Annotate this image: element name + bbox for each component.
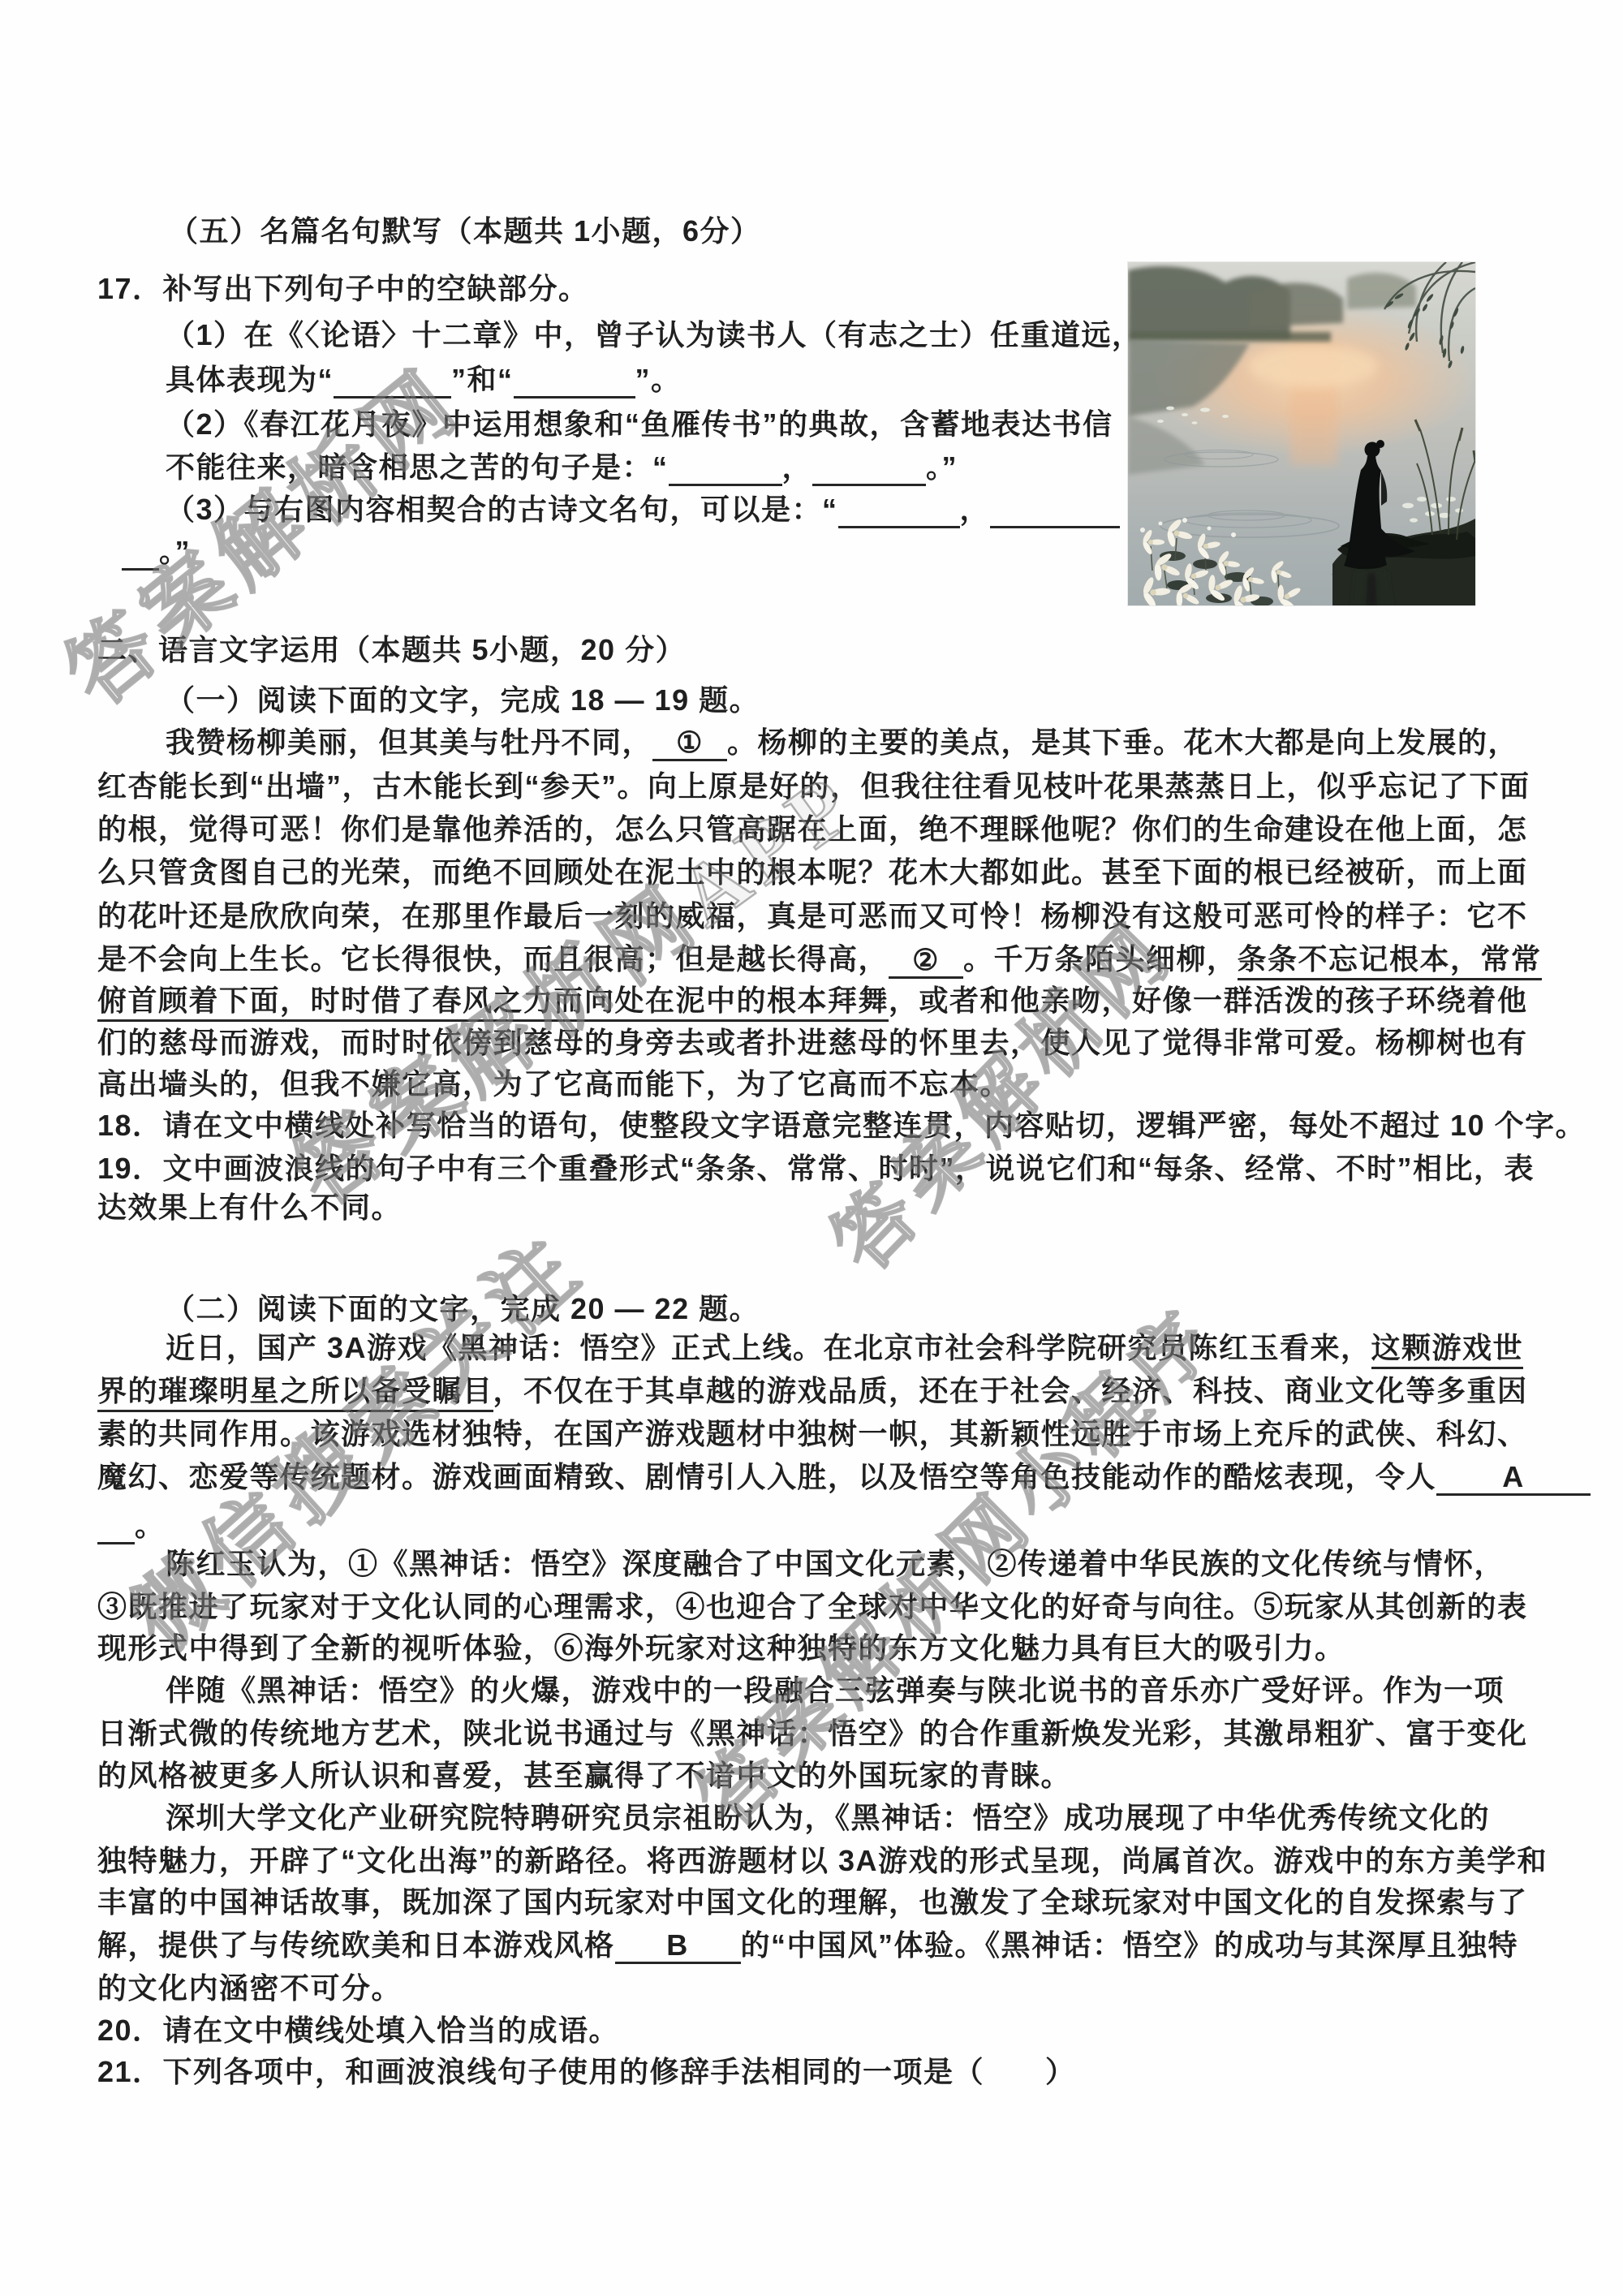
text-run: 的文化内涵密不可分。	[97, 1971, 402, 2005]
text-line: （2）《春江花月夜》中运用想象和“鱼雁传书”的典故，含蓄地表达书信	[166, 406, 1113, 443]
text-line: 18．请在文中横线处补写恰当的语句，使整段文字语意完整连贯，内容贴切，逻辑严密，…	[97, 1107, 1586, 1144]
text-run: 日渐式微的传统地方艺术，陕北说书通过与《黑神话：悟空》的合作重新焕发光彩，其激昂…	[97, 1717, 1528, 1750]
text-line: 不能往来，暗含相思之苦的句子是：“，。”	[166, 449, 958, 486]
text-line: 是不会向上生长。它长得很快，而且很高；但是越长得高，②。千万条陌头细柳，条条不忘…	[97, 941, 1542, 979]
text-line: 们的慈母而游戏，而时时依傍到慈母的身旁去或者扑进慈母的怀里去，使人见了觉得非常可…	[97, 1024, 1528, 1062]
underlined-text: 条条不忘记根本，常常	[1238, 942, 1542, 980]
text-run: 21．下列各项中，和画波浪线句子使用的修辞手法相同的一项是（ ）	[97, 2055, 1076, 2088]
silhouette-reflection	[1352, 570, 1393, 605]
text-line: 高出墙头的，但我不嫌它高，为了它高而能下，为了它高而不忘本。	[97, 1066, 1010, 1103]
text-line: 具体表现为“”和“”。	[166, 361, 682, 398]
lake-sunset-illustration	[1128, 262, 1475, 605]
text-run: 18．请在文中横线处补写恰当的语句，使整段文字语意完整连贯，内容贴切，逻辑严密，…	[97, 1109, 1586, 1142]
underlined-text: 这颗游戏世	[1371, 1331, 1524, 1369]
exam-paper-page: （五）名篇名句默写（本题共 1小题，6分）17．补写出下列句子中的空缺部分。（1…	[0, 0, 1623, 2296]
text-run: （1）在《〈论语〉十二章》中，曾子认为读书人（有志之士）任重道远，	[166, 318, 1143, 351]
text-line: 。	[97, 1507, 166, 1544]
text-run: 不能往来，暗含相思之苦的句子是：“	[166, 450, 669, 484]
fill-in-blank	[812, 450, 926, 486]
text-run: 的花叶还是欣欣向荣，在那里作最后一刻的威福，真是可恶而又可怜！杨柳没有这般可恶可…	[97, 899, 1528, 933]
text-line: 俯首顾着下面，时时借了春风之力而向处在泥中的根本拜舞，或者和他亲吻，好像一群活泼…	[97, 982, 1528, 1019]
inset-painting-lake-sunset	[1128, 262, 1475, 605]
fill-in-blank: A	[1436, 1459, 1591, 1496]
text-run: 19．文中画波浪线的句子中有三个重叠形式“条条、常常、时时”，说说它们和“每条、…	[97, 1152, 1535, 1185]
text-run: 具体表现为“	[166, 363, 334, 396]
text-run: 20．请在文中横线处填入恰当的成语。	[97, 2014, 619, 2047]
text-line: 17．补写出下列句子中的空缺部分。	[97, 270, 589, 308]
text-line: （五）名篇名句默写（本题共 1小题，6分）	[169, 213, 761, 250]
text-run: 深圳大学文化产业研究院特聘研究员宗祖盼认为，《黑神话：悟空》成功展现了中华优秀传…	[166, 1801, 1490, 1834]
text-line: （二）阅读下面的文字，完成 20 — 22 题。	[166, 1290, 760, 1328]
text-run: 陈红玉认为，①《黑神话：悟空》深度融合了中国文化元素，②传递着中华民族的文化传统…	[166, 1547, 1505, 1580]
text-line: （3）与右图内容相契合的古诗文名句，可以是：“，	[166, 491, 1120, 528]
text-line: 界的璀璨明星之所以备受瞩目，不仅在于其卓越的游戏品质，还在于社会、经济、科技、商…	[97, 1372, 1528, 1410]
text-line: 么只管贪图自己的光荣，而绝不回顾处在泥土中的根本呢？花木大都如此。甚至下面的根已…	[97, 854, 1528, 891]
fill-in-blank	[669, 450, 782, 486]
fill-in-blank	[334, 362, 451, 398]
text-run: 们的慈母而游戏，而时时依傍到慈母的身旁去或者扑进慈母的怀里去，使人见了觉得非常可…	[97, 1026, 1528, 1059]
text-run: ”和“	[451, 363, 514, 396]
text-run: 我赞杨柳美丽，但其美与牡丹不同，	[166, 726, 652, 759]
fill-in-blank: B	[615, 1928, 741, 1964]
text-run: （二）阅读下面的文字，完成 20 — 22 题。	[166, 1292, 760, 1325]
text-run: （一）阅读下面的文字，完成 18 — 19 题。	[166, 683, 760, 717]
text-run: 的根，觉得可恶！你们是靠他养活的，怎么只管高踞在上面，绝不理睬他呢？你们的生命建…	[97, 812, 1528, 846]
text-run: 。”	[926, 450, 958, 484]
fill-in-blank	[990, 492, 1120, 528]
text-run: 。杨柳的主要的美点，是其下垂。花木大都是向上发展的，	[727, 726, 1518, 759]
fill-in-blank	[838, 492, 960, 528]
text-run: 。”	[159, 535, 191, 568]
text-line: （一）阅读下面的文字，完成 18 — 19 题。	[166, 682, 760, 719]
text-run: ”。	[635, 363, 682, 396]
text-run: 二、语言文字运用（本题共 5小题，20 分）	[97, 633, 686, 666]
fill-in-blank	[122, 534, 159, 571]
text-run: 的风格被更多人所认识和喜爱，甚至赢得了不谙中文的外国玩家的青睐。	[97, 1759, 1071, 1792]
text-line: 21．下列各项中，和画波浪线句子使用的修辞手法相同的一项是（ ）	[97, 2053, 1076, 2091]
text-run: 的“中国风”体验。《黑神话：悟空》的成功与其深厚且独特	[741, 1928, 1519, 1962]
fill-in-blank: ②	[889, 942, 963, 979]
text-run: 解，提供了与传统欧美和日本游戏风格	[97, 1928, 615, 1962]
text-run: 。千万条陌头细柳，	[963, 942, 1238, 976]
fill-in-blank	[514, 362, 635, 398]
text-run: （3）与右图内容相契合的古诗文名句，可以是：“	[166, 493, 838, 526]
text-run: ，	[782, 450, 813, 484]
text-line: ③既推进了玩家对于文化认同的心理需求，④也迎合了全球对中华文化的好奇与向往。⑤玩…	[97, 1588, 1528, 1626]
text-run: 独特魅力，开辟了“文化出海”的新路径。将西游题材以 3A游戏的形式呈现，尚属首次…	[97, 1844, 1548, 1877]
text-line: 的文化内涵密不可分。	[97, 1970, 402, 2007]
text-run: （五）名篇名句默写（本题共 1小题，6分）	[169, 214, 761, 248]
text-line: 达效果上有什么不同。	[97, 1189, 402, 1226]
text-line: 解，提供了与传统欧美和日本游戏风格B的“中国风”体验。《黑神话：悟空》的成功与其…	[97, 1927, 1518, 1964]
text-run: 么只管贪图自己的光荣，而绝不回顾处在泥土中的根本呢？花木大都如此。甚至下面的根已…	[97, 855, 1528, 889]
fill-in-blank: ①	[652, 725, 727, 761]
text-line: 陈红玉认为，①《黑神话：悟空》深度融合了中国文化元素，②传递着中华民族的文化传统…	[166, 1545, 1505, 1583]
text-run: 红杏能长到“出墙”，古木能长到“参天”。向上原是好的，但我往往看见枝叶花果蒸蒸日…	[97, 769, 1530, 803]
text-run: 近日，国产 3A游戏《黑神话：悟空》正式上线。在北京市社会科学院研究员陈红玉看来…	[166, 1331, 1371, 1364]
text-line: 的风格被更多人所认识和喜爱，甚至赢得了不谙中文的外国玩家的青睐。	[97, 1757, 1071, 1794]
text-run: 素的共同作用。该游戏选材独特，在国产游戏题材中独树一帜，其新颖性远胜于市场上充斥…	[97, 1417, 1528, 1450]
text-run: 现形式中得到了全新的视听体验，⑥海外玩家对这种独特的东方文化魅力具有巨大的吸引力…	[97, 1631, 1345, 1665]
text-run: 高出墙头的，但我不嫌它高，为了它高而能下，为了它高而不忘本。	[97, 1067, 1010, 1101]
text-line: 红杏能长到“出墙”，古木能长到“参天”。向上原是好的，但我往往看见枝叶花果蒸蒸日…	[97, 768, 1530, 805]
text-run: 伴随《黑神话：悟空》的火爆，游戏中的一段融合三弦弹奏与陕北说书的音乐亦广受好评。…	[166, 1674, 1505, 1707]
text-line: 。”	[122, 533, 191, 571]
text-run: （2）《春江花月夜》中运用想象和“鱼雁传书”的典故，含蓄地表达书信	[166, 407, 1113, 441]
text-line: （1）在《〈论语〉十二章》中，曾子认为读书人（有志之士）任重道远，	[166, 317, 1143, 354]
text-line: 深圳大学文化产业研究院特聘研究员宗祖盼认为，《黑神话：悟空》成功展现了中华优秀传…	[166, 1799, 1490, 1837]
text-line: 的根，觉得可恶！你们是靠他养活的，怎么只管高踞在上面，绝不理睬他呢？你们的生命建…	[97, 811, 1528, 848]
text-line: 素的共同作用。该游戏选材独特，在国产游戏题材中独树一帜，其新颖性远胜于市场上充斥…	[97, 1415, 1528, 1453]
text-run: 丰富的中国神话故事，既加深了国内玩家对中国文化的理解，也激发了全球玩家对中国文化…	[97, 1885, 1528, 1919]
text-run: 是不会向上生长。它长得很快，而且很高；但是越长得高，	[97, 942, 889, 976]
text-run: ③既推进了玩家对于文化认同的心理需求，④也迎合了全球对中华文化的好奇与向往。⑤玩…	[97, 1590, 1528, 1623]
text-line: 我赞杨柳美丽，但其美与牡丹不同，①。杨柳的主要的美点，是其下垂。花木大都是向上发…	[166, 724, 1518, 761]
text-run: 。	[135, 1509, 166, 1542]
text-line: 伴随《黑神话：悟空》的火爆，游戏中的一段融合三弦弹奏与陕北说书的音乐亦广受好评。…	[166, 1672, 1505, 1709]
text-line: 独特魅力，开辟了“文化出海”的新路径。将西游题材以 3A游戏的形式呈现，尚属首次…	[97, 1842, 1548, 1880]
text-line: 近日，国产 3A游戏《黑神话：悟空》正式上线。在北京市社会科学院研究员陈红玉看来…	[166, 1329, 1523, 1367]
text-line: 二、语言文字运用（本题共 5小题，20 分）	[97, 631, 686, 669]
text-run: 17．补写出下列句子中的空缺部分。	[97, 272, 589, 305]
text-run: 达效果上有什么不同。	[97, 1191, 402, 1224]
text-line: 丰富的中国神话故事，既加深了国内玩家对中国文化的理解，也激发了全球玩家对中国文化…	[97, 1884, 1528, 1921]
text-line: 19．文中画波浪线的句子中有三个重叠形式“条条、常常、时时”，说说它们和“每条、…	[97, 1150, 1535, 1187]
text-line: 日渐式微的传统地方艺术，陕北说书通过与《黑神话：悟空》的合作重新焕发光彩，其激昂…	[97, 1715, 1528, 1752]
underlined-text: 俯首顾着下面，时时借了春风之力而向处在泥中的根本拜舞	[97, 984, 889, 1022]
underlined-text: 界的璀璨明星之所以备受瞩目	[97, 1374, 493, 1412]
fill-in-blank	[97, 1508, 135, 1544]
text-run: ，	[960, 493, 991, 526]
text-run: ，不仅在于其卓越的游戏品质，还在于社会、经济、科技、商业文化等多重因	[493, 1374, 1528, 1407]
text-line: 现形式中得到了全新的视听体验，⑥海外玩家对这种独特的东方文化魅力具有巨大的吸引力…	[97, 1630, 1345, 1667]
text-line: 的花叶还是欣欣向荣，在那里作最后一刻的威福，真是可恶而又可怜！杨柳没有这般可恶可…	[97, 898, 1528, 935]
text-run: ，或者和他亲吻，好像一群活泼的孩子环绕着他	[889, 984, 1528, 1017]
text-run: 魔幻、恋爱等传统题材。游戏画面精致、剧情引人入胜，以及悟空等角色技能动作的酷炫表…	[97, 1460, 1436, 1493]
text-line: 魔幻、恋爱等传统题材。游戏画面精致、剧情引人入胜，以及悟空等角色技能动作的酷炫表…	[97, 1458, 1591, 1496]
text-line: 20．请在文中横线处填入恰当的成语。	[97, 2012, 619, 2049]
